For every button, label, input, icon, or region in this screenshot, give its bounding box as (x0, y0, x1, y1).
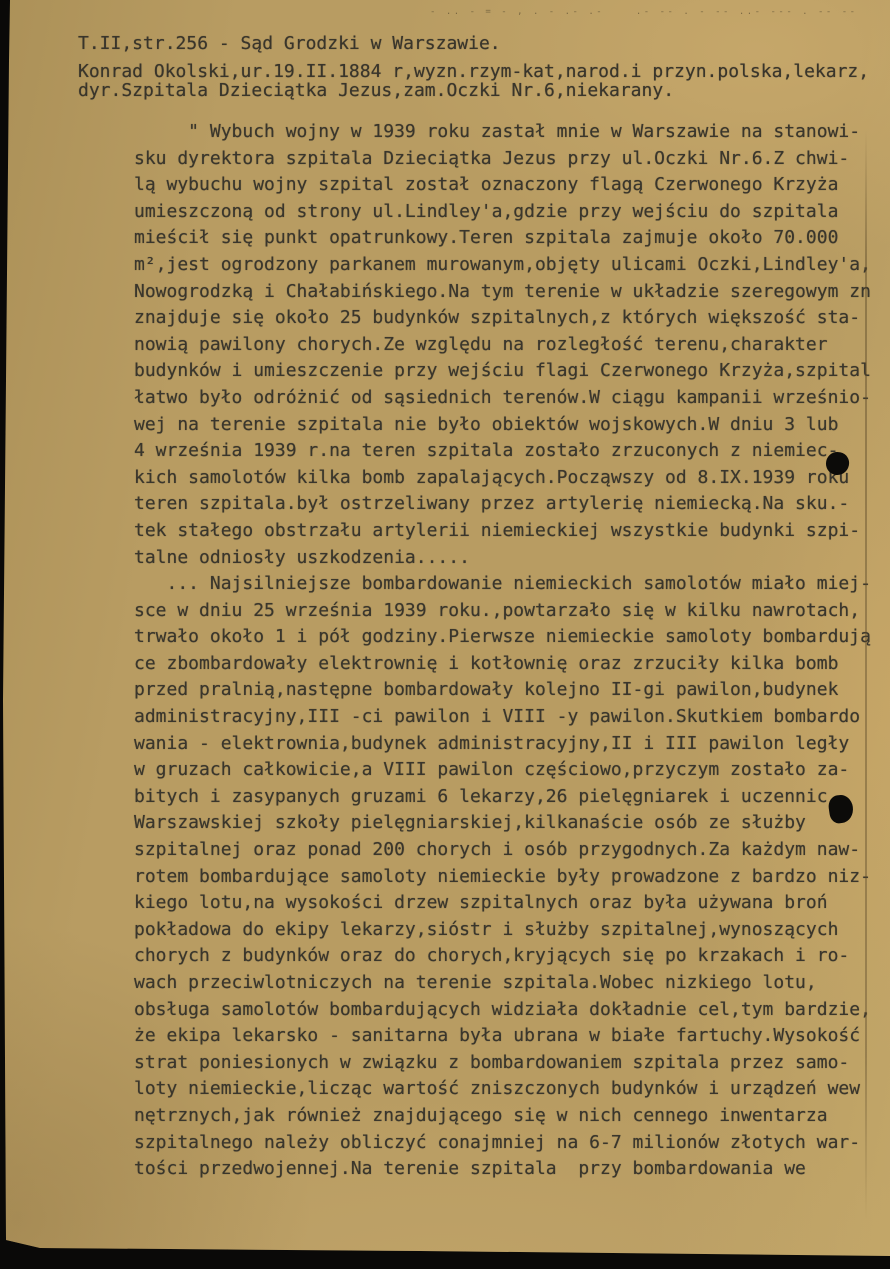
text-line: talne odniosły uszkodzenia..... (134, 545, 871, 572)
text-line: trwało około 1 i pół godziny.Pierwsze ni… (134, 624, 871, 651)
text-line: przed pralnią,następne bombardowały kole… (134, 677, 871, 704)
text-line: szpitalnej oraz ponad 200 chorych i osób… (134, 837, 871, 864)
text-line: tek stałego obstrzału artylerii niemieck… (134, 518, 871, 545)
text-line: tości przedwojennej.Na terenie szpitala … (134, 1156, 871, 1183)
text-line: umieszczoną od strony ul.Lindley'a,gdzie… (134, 199, 871, 226)
text-line: wej na terenie szpitala nie było obiektó… (134, 412, 871, 439)
text-line: obsługa samolotów bombardujących widział… (134, 997, 871, 1024)
text-line: rotem bombardujące samoloty niemieckie b… (134, 864, 871, 891)
text-line: nowią pawilony chorych.Ze względu na roz… (134, 332, 871, 359)
text-line: kich samolotów kilka bomb zapalających.P… (134, 465, 871, 492)
text-line: kiego lotu,na wysokości drzew szpitalnyc… (134, 890, 871, 917)
text-line: nętrznych,jak również znajdującego się w… (134, 1103, 871, 1130)
text-line: chorych z budynków oraz do chorych,kryją… (134, 943, 871, 970)
text-line: ce zbombardowały elektrownię i kotłownię… (134, 651, 871, 678)
text-line: znajduje się około 25 budynków szpitalny… (134, 305, 871, 332)
text-line: lą wybuchu wojny szpital został oznaczon… (134, 172, 871, 199)
document-header: T.II,str.256 - Sąd Grodzki w Warszawie. … (78, 34, 869, 100)
text-line: sku dyrektora szpitala Dzieciątka Jezus … (134, 146, 871, 173)
text-line: mieścił się punkt opatrunkowy.Teren szpi… (134, 225, 871, 252)
header-witness-details-line2: dyr.Szpitala Dzieciątka Jezus,zam.Oczki … (78, 81, 869, 100)
text-line: m²,jest ogrodzony parkanem murowanym,obj… (134, 252, 871, 279)
paragraph: ... Najsilniejsze bombardowanie niemieck… (134, 571, 871, 1183)
scanned-page: - .. - = - , . - .- .- .- -- . - -- ..- … (0, 0, 890, 1269)
text-line: łatwo było odróżnić od sąsiednich terenó… (134, 385, 871, 412)
text-line: administracyjny,III -ci pawilon i VIII -… (134, 704, 871, 731)
header-case-reference: T.II,str.256 - Sąd Grodzki w Warszawie. (78, 34, 869, 53)
text-line: 4 września 1939 r.na teren szpitala zost… (134, 438, 871, 465)
text-line: budynków i umieszczenie przy wejściu fla… (134, 358, 871, 385)
pencil-marks: - .. - = - , . - .- .- .- -- . - -- ..- … (430, 7, 882, 17)
text-line: szpitalnego należy obliczyć conajmniej n… (134, 1130, 871, 1157)
text-line: w gruzach całkowicie,a VIII pawilon częś… (134, 757, 871, 784)
text-line: wania - elektrownia,budynek administracy… (134, 731, 871, 758)
paper: - .. - = - , . - .- .- .- -- . - -- ..- … (0, 0, 890, 1269)
text-line: " Wybuch wojny w 1939 roku zastał mnie w… (134, 119, 871, 146)
text-line: Nowogrodzką i Chałabińskiego.Na tym tere… (134, 279, 871, 306)
text-line: strat poniesionych w związku z bombardow… (134, 1050, 871, 1077)
text-line: Warszawskiej szkoły pielęgniarskiej,kilk… (134, 810, 871, 837)
text-line: bitych i zasypanych gruzami 6 lekarzy,26… (134, 784, 871, 811)
text-line: sce w dniu 25 września 1939 roku.,powtar… (134, 598, 871, 625)
text-line: że ekipa lekarsko - sanitarna była ubran… (134, 1023, 871, 1050)
text-line: loty niemieckie,licząc wartość zniszczon… (134, 1076, 871, 1103)
text-line: teren szpitala.był ostrzeliwany przez ar… (134, 491, 871, 518)
paper-crease (865, 130, 867, 1220)
text-line: wach przeciwlotniczych na terenie szpita… (134, 970, 871, 997)
header-witness-details-line1: Konrad Okolski,ur.19.II.1884 r,wyzn.rzym… (78, 62, 869, 81)
paragraph: " Wybuch wojny w 1939 roku zastał mnie w… (134, 119, 871, 571)
text-line: pokładowa do ekipy lekarzy,sióstr i służ… (134, 917, 871, 944)
document-body: " Wybuch wojny w 1939 roku zastał mnie w… (134, 119, 871, 1183)
text-line: ... Najsilniejsze bombardowanie niemieck… (134, 571, 871, 598)
